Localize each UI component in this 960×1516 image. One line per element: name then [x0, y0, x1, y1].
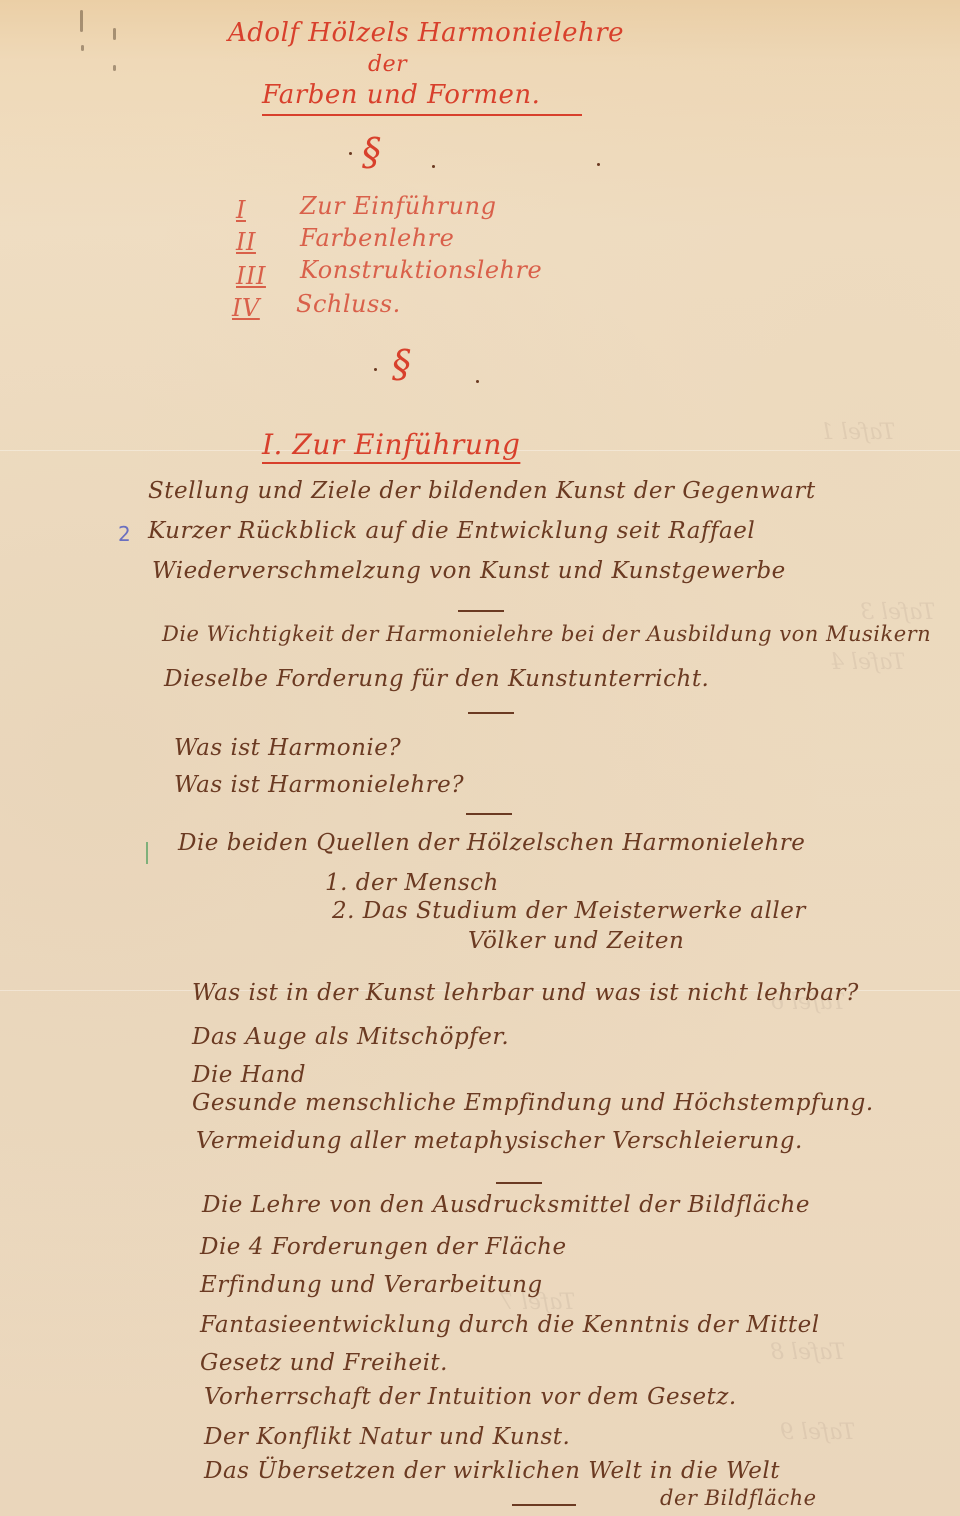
title-underline [262, 114, 582, 116]
ornament-dot [476, 380, 479, 383]
binding-mark [81, 45, 84, 51]
manuscript-line: Kurzer Rückblick auf die Entwicklung sei… [148, 518, 755, 544]
manuscript-line: Fantasieentwicklung durch die Kenntnis d… [200, 1312, 820, 1338]
manuscript-line: Das Auge als Mitschöpfer. [192, 1024, 509, 1050]
margin-page-number: 2 [118, 522, 131, 546]
ornament-dot [432, 165, 435, 168]
manuscript-line: Der Konflikt Natur und Kunst. [204, 1424, 570, 1450]
manuscript-line-continuation: der Bildfläche [660, 1486, 817, 1510]
toc-number: IV [232, 294, 260, 322]
toc-number: II [236, 228, 256, 256]
bleed-through-text: Tafel 1 [820, 420, 895, 445]
document-title-line-1: Adolf Hölzels Harmonielehre [228, 18, 624, 48]
manuscript-line: Gesunde menschliche Empfindung und Höchs… [192, 1090, 874, 1116]
list-item: 1. der Mensch [325, 870, 499, 896]
manuscript-line: Was ist Harmonielehre? [174, 772, 464, 798]
manuscript-line: Wiederverschmelzung von Kunst und Kunstg… [152, 558, 786, 584]
section-heading: I. Zur Einführung [262, 428, 520, 461]
toc-item-label: Schluss. [296, 290, 401, 318]
section-mark-2: § [392, 342, 411, 386]
manuscript-line: Die 4 Forderungen der Fläche [200, 1234, 567, 1260]
ornament-dot [349, 152, 352, 155]
separator-dash [496, 1182, 542, 1184]
manuscript-line: Vorherrschaft der Intuition vor dem Gese… [204, 1384, 737, 1410]
separator-dash [512, 1504, 576, 1506]
manuscript-line: Die Hand [192, 1062, 306, 1088]
manuscript-line: Erfindung und Verarbeitung [200, 1272, 543, 1298]
manuscript-line: Das Übersetzen der wirklichen Welt in di… [204, 1458, 780, 1484]
toc-item-label: Zur Einführung [300, 192, 496, 220]
toc-item-label: Farbenlehre [300, 224, 454, 252]
manuscript-line: Gesetz und Freiheit. [200, 1350, 448, 1376]
margin-mark [146, 842, 148, 864]
separator-dash [458, 610, 504, 612]
list-item: 2. Das Studium der Meisterwerke aller [332, 898, 806, 924]
binding-mark [113, 28, 116, 40]
bleed-through-text: Tafel 9 [780, 1420, 855, 1445]
separator-dash [466, 813, 512, 815]
toc-number: I [236, 196, 246, 224]
manuscript-line: Die beiden Quellen der Hölzelschen Harmo… [178, 830, 805, 856]
toc-number: III [236, 262, 266, 290]
section-mark-1: § [362, 130, 381, 174]
binding-mark [80, 10, 83, 32]
manuscript-line: Stellung und Ziele der bildenden Kunst d… [148, 478, 816, 504]
separator-dash [468, 712, 514, 714]
binding-mark [113, 65, 116, 71]
toc-item-label: Konstruktionslehre [300, 256, 542, 284]
bleed-through-text: Tafel 8 [770, 1340, 845, 1365]
manuscript-line: Vermeidung aller metaphysischer Verschle… [196, 1128, 803, 1154]
ornament-dot [374, 368, 377, 371]
manuscript-line: Die Lehre von den Ausdrucksmittel der Bi… [202, 1192, 810, 1218]
manuscript-line: Was ist Harmonie? [174, 735, 401, 761]
manuscript-line: Dieselbe Forderung für den Kunstunterric… [164, 666, 709, 692]
document-title-line-3: Farben und Formen. [262, 80, 540, 110]
document-title-line-2: der [368, 52, 407, 77]
bleed-through-text: Tafel 4 [830, 650, 905, 675]
manuscript-line: Die Wichtigkeit der Harmonielehre bei de… [162, 622, 931, 646]
ornament-dot [597, 163, 600, 166]
manuscript-line: Was ist in der Kunst lehrbar und was ist… [192, 980, 859, 1006]
list-item-continuation: Völker und Zeiten [468, 928, 684, 954]
